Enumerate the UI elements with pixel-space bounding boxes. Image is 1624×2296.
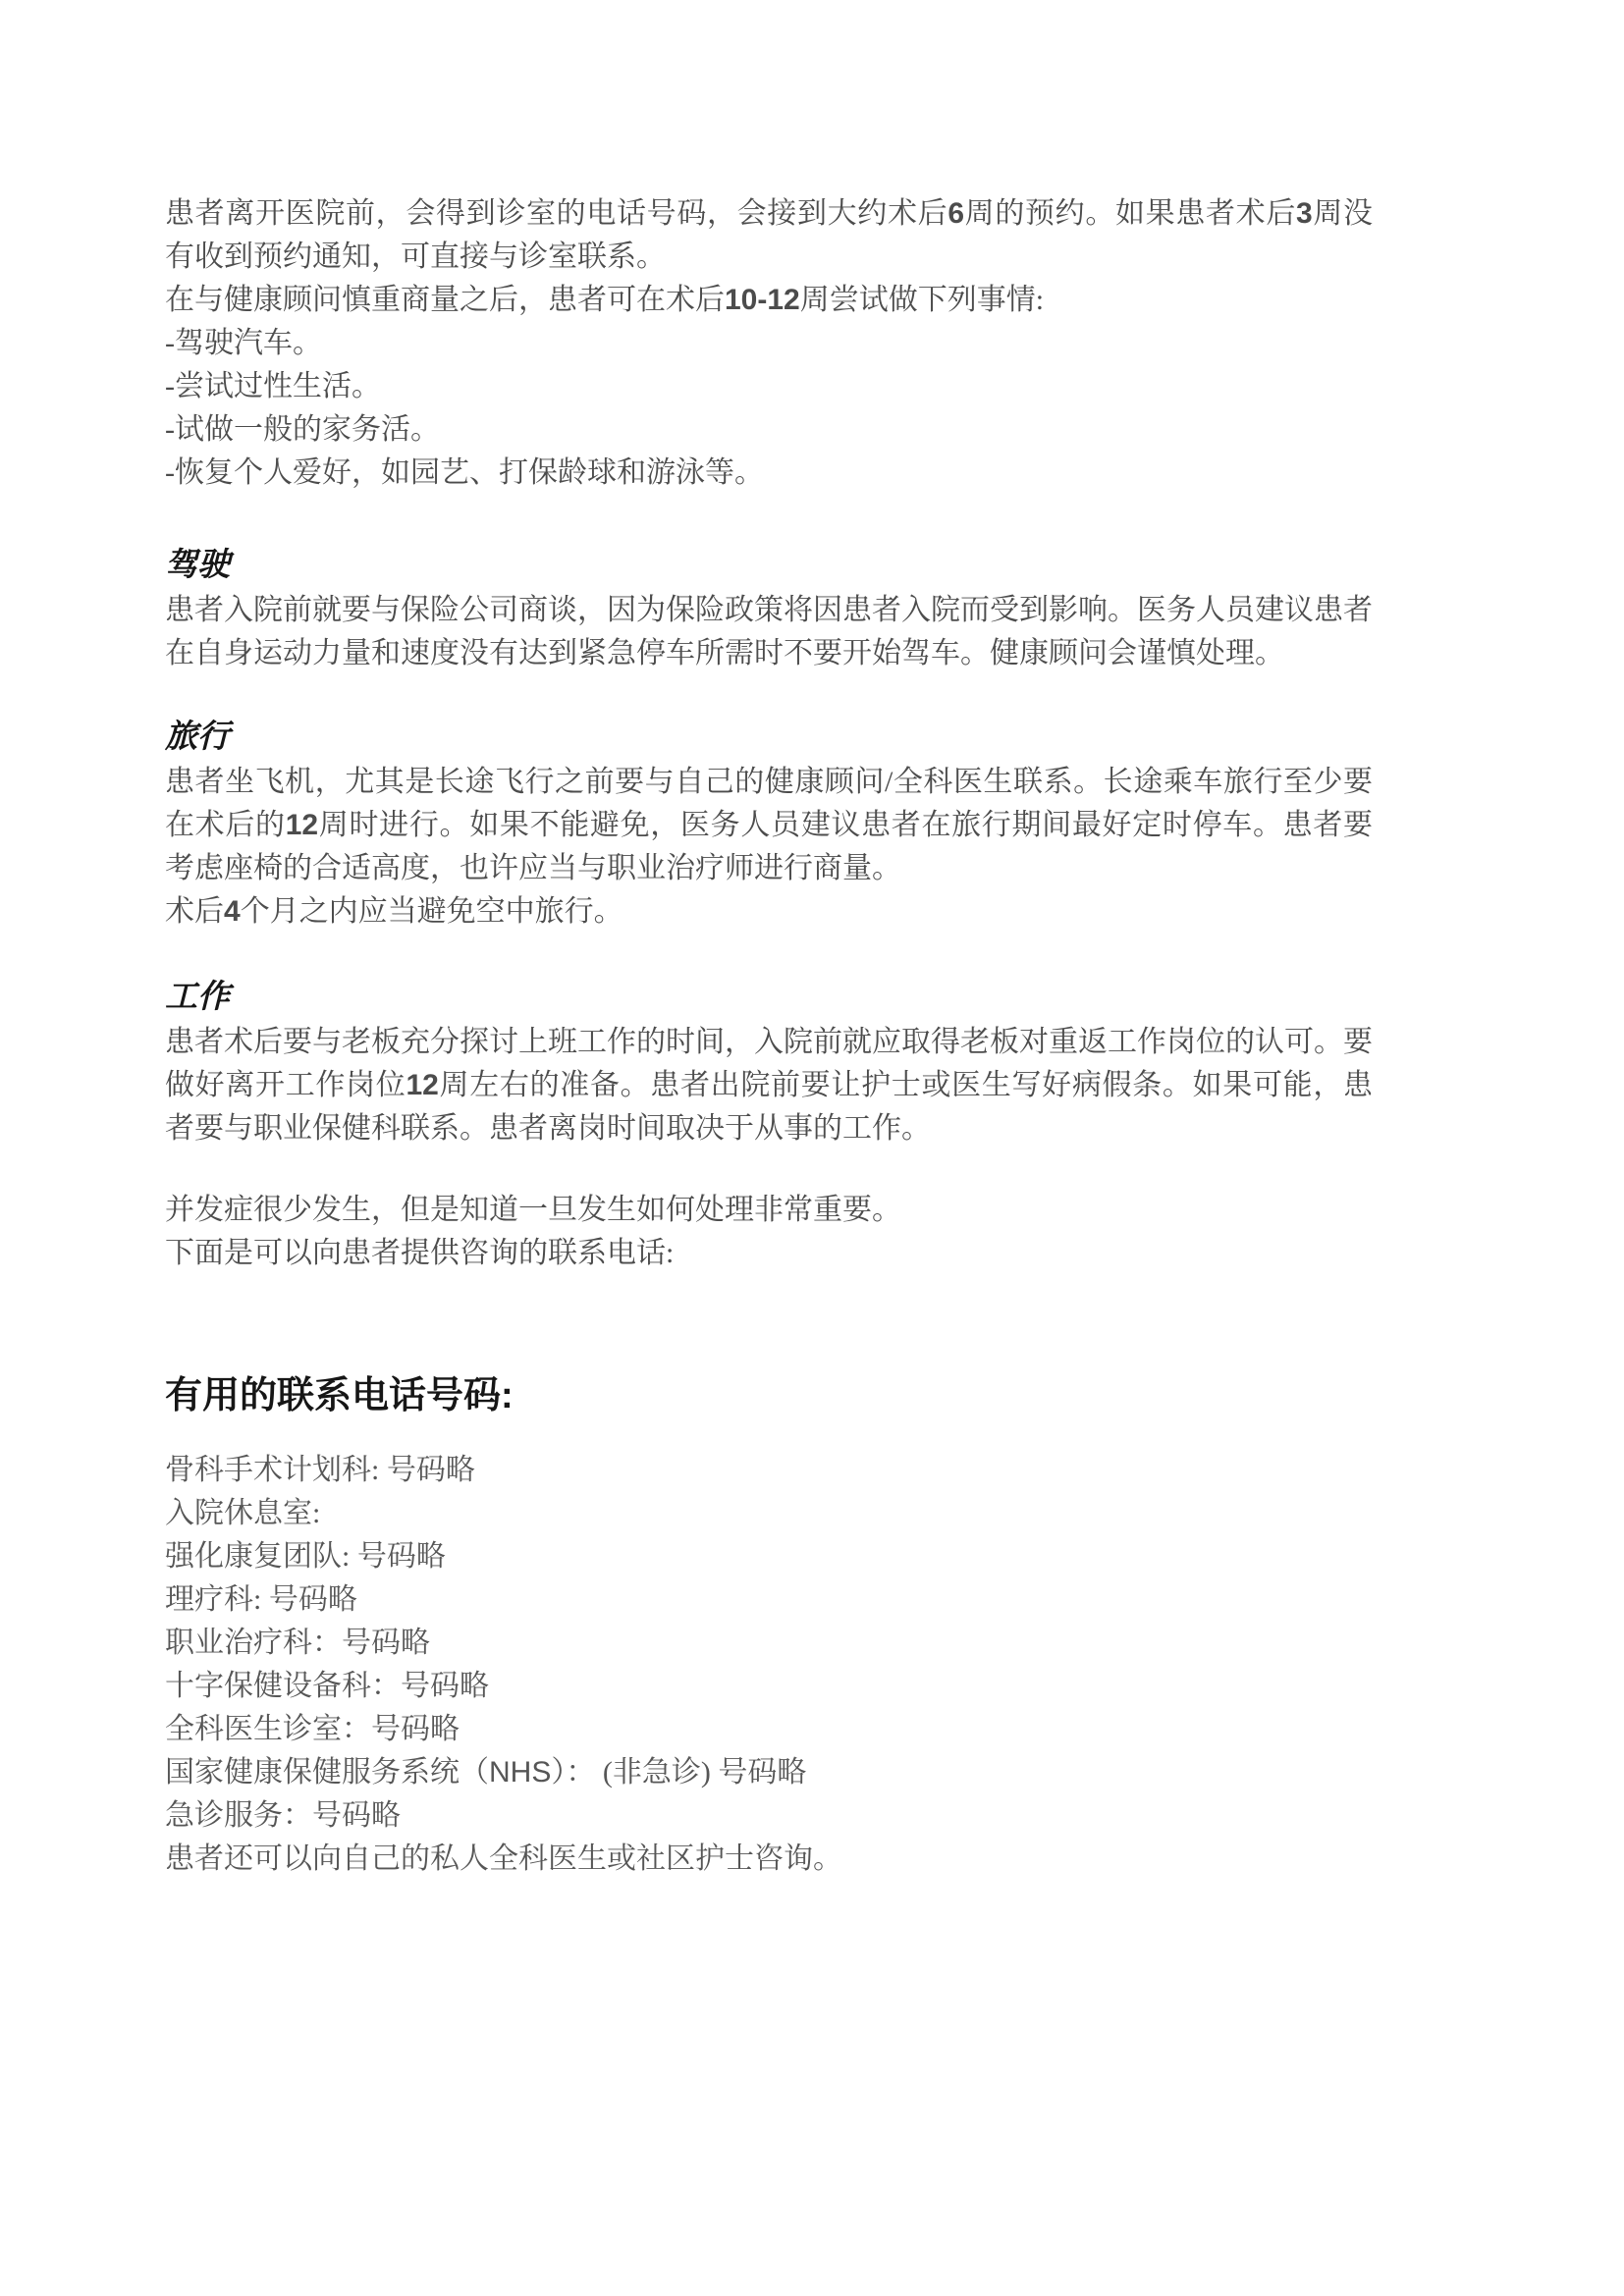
contact-entry: 国家健康保健服务系统（NHS）： (非急诊) 号码略 — [165, 1751, 1373, 1794]
section-heading-work: 工作 — [165, 975, 1373, 1021]
contact-entry: 入院休息室: — [165, 1492, 1373, 1535]
contact-entry: 理疗科: 号码略 — [165, 1578, 1373, 1622]
section-paragraph: 患者坐飞机，尤其是长途飞行之前要与自己的健康顾问/全科医生联系。长途乘车旅行至少… — [165, 761, 1373, 890]
list-item: -恢复个人爱好，如园艺、打保龄球和游泳等。 — [165, 452, 1373, 495]
contact-entry: 十字保健设备科：号码略 — [165, 1665, 1373, 1708]
section-driving: 驾驶 患者入院前就要与保险公司商谈，因为保险政策将因患者入院而受到影响。医务人员… — [165, 543, 1373, 675]
contact-entry: 骨科手术计划科: 号码略 — [165, 1449, 1373, 1492]
complications-line: 下面是可以向患者提供咨询的联系电话: — [165, 1232, 1373, 1275]
section-heading-travel: 旅行 — [165, 715, 1373, 761]
section-travel: 旅行 患者坐飞机，尤其是长途飞行之前要与自己的健康顾问/全科医生联系。长途乘车旅… — [165, 715, 1373, 934]
contacts-heading: 有用的联系电话号码: — [165, 1368, 1373, 1423]
list-item: -尝试过性生活。 — [165, 365, 1373, 408]
document-page: 患者离开医院前，会得到诊室的电话号码，会接到大约术后6周的预约。如果患者术后3周… — [0, 0, 1624, 2296]
contact-entry: 急诊服务：号码略 — [165, 1794, 1373, 1838]
section-paragraph: 术后4个月之内应当避免空中旅行。 — [165, 890, 1373, 934]
contact-entry: 全科医生诊室：号码略 — [165, 1708, 1373, 1751]
contact-entry: 职业治疗科：号码略 — [165, 1622, 1373, 1665]
intro-paragraph: 患者离开医院前，会得到诊室的电话号码，会接到大约术后6周的预约。如果患者术后3周… — [165, 192, 1373, 279]
complications-line: 并发症很少发生，但是知道一旦发生如何处理非常重要。 — [165, 1189, 1373, 1232]
contacts-list: 骨科手术计划科: 号码略 入院休息室: 强化康复团队: 号码略 理疗科: 号码略… — [165, 1449, 1373, 1881]
section-work: 工作 患者术后要与老板充分探讨上班工作的时间，入院前就应取得老板对重返工作岗位的… — [165, 975, 1373, 1150]
list-item: -试做一般的家务活。 — [165, 408, 1373, 452]
list-item: -驾驶汽车。 — [165, 322, 1373, 365]
section-heading-driving: 驾驶 — [165, 543, 1373, 589]
complications-note: 并发症很少发生，但是知道一旦发生如何处理非常重要。 下面是可以向患者提供咨询的联… — [165, 1189, 1373, 1275]
pre-list-line: 在与健康顾问慎重商量之后，患者可在术后10-12周尝试做下列事情: — [165, 279, 1373, 322]
section-paragraph: 患者术后要与老板充分探讨上班工作的时间，入院前就应取得老板对重返工作岗位的认可。… — [165, 1021, 1373, 1150]
activity-list: -驾驶汽车。 -尝试过性生活。 -试做一般的家务活。 -恢复个人爱好，如园艺、打… — [165, 322, 1373, 495]
section-paragraph: 患者入院前就要与保险公司商谈，因为保险政策将因患者入院而受到影响。医务人员建议患… — [165, 589, 1373, 675]
contact-entry: 患者还可以向自己的私人全科医生或社区护士咨询。 — [165, 1838, 1373, 1881]
contact-entry: 强化康复团队: 号码略 — [165, 1535, 1373, 1578]
